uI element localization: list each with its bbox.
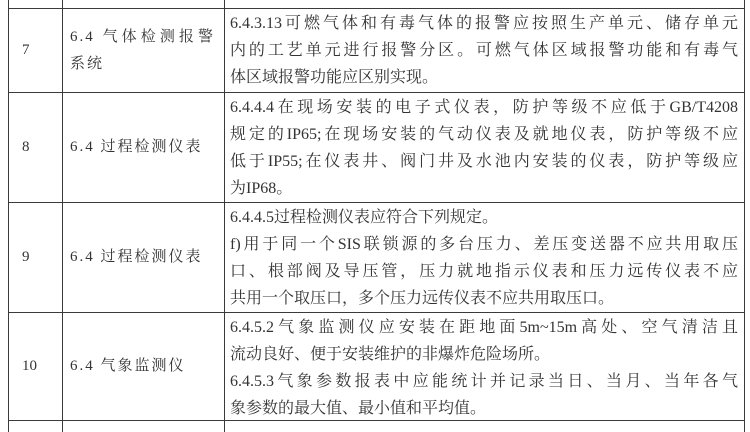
category-cell <box>63 0 225 8</box>
category-cell <box>63 421 225 432</box>
category-cell: 6.4 气体检测报警系统 <box>63 9 225 92</box>
row-number-cell: 7 <box>9 9 63 92</box>
text-line: 体区域报警功能应区别实现。 <box>230 64 738 91</box>
requirements-table: 76.4 气体检测报警系统6.4.3.13可燃气体和有毒气体的报警应按照生产单元… <box>8 0 745 432</box>
row-number-cell: 10 <box>9 313 63 420</box>
category-cell: 6.4 过程检测仪表 <box>63 93 225 202</box>
content-cell <box>225 421 745 432</box>
content-cell <box>225 0 745 8</box>
row-number-cell <box>9 421 63 432</box>
table-row: 96.4 过程检测仪表6.4.4.5过程检测仪表应符合下列规定。f)用于同一个S… <box>9 203 745 313</box>
text-line: f)用于同一个SIS联锁源的多台压力、差压变送器不应共用取压 <box>230 231 738 258</box>
row-number: 9 <box>22 249 30 266</box>
row-number-cell: 9 <box>9 203 63 312</box>
text-line: 低于IP55;在仪表井、阀门井及水池内安装的仪表，防护等级应 <box>230 148 738 175</box>
text-line: 象参数的最大值、最小值和平均值。 <box>230 395 738 420</box>
text-line: 6.4.4.4在现场安装的电子式仪表，防护等级不应低于GB/T4208 <box>230 94 738 121</box>
text-line: 共用一个取压口，多个压力远传仪表不应共用取压口。 <box>230 285 738 312</box>
text-line: 6.4.4.5过程检测仪表应符合下列规定。 <box>230 204 738 231</box>
text-line: 6.4 过程检测仪表 <box>70 134 215 161</box>
row-number: 7 <box>22 42 30 59</box>
text-line: 口、根部阀及导压管，压力就地指示仪表和压力远传仪表不应 <box>230 258 738 285</box>
text-line: 流动良好、便于安装维护的非爆炸危险场所。 <box>230 341 738 368</box>
text-line: 6.4.5.2气象监测仪应安装在距地面5m~15m高处、空气清洁且 <box>230 314 738 341</box>
partial-row-top <box>9 0 745 9</box>
text-line: 6.4.3.13可燃气体和有毒气体的报警应按照生产单元、储存单元 <box>230 10 738 37</box>
text-line: 6.4.5.3气象参数报表中应能统计并记录当日、当月、当年各气 <box>230 368 738 395</box>
table-row: 76.4 气体检测报警系统6.4.3.13可燃气体和有毒气体的报警应按照生产单元… <box>9 9 745 93</box>
content-cell: 6.4.4.4在现场安装的电子式仪表，防护等级不应低于GB/T4208规定的IP… <box>225 93 745 202</box>
content-cell: 6.4.5.2气象监测仪应安装在距地面5m~15m高处、空气清洁且流动良好、便于… <box>225 313 745 420</box>
text-line: 6.4 过程检测仪表 <box>70 244 215 271</box>
text-line: 6.4 气体检测报警 <box>70 24 215 51</box>
row-number-cell: 8 <box>9 93 63 202</box>
content-cell: 6.4.3.13可燃气体和有毒气体的报警应按照生产单元、储存单元内的工艺单元进行… <box>225 9 745 92</box>
row-number-cell <box>9 0 63 8</box>
partial-row-bottom <box>9 421 745 432</box>
text-line: 6.4 气象监测仪 <box>70 353 215 380</box>
row-number: 8 <box>22 139 30 156</box>
text-line: 内的工艺单元进行报警分区。可燃气体区域报警功能和有毒气 <box>230 37 738 64</box>
row-number: 10 <box>22 358 37 375</box>
text-line: 为IP68。 <box>230 175 738 202</box>
table-row: 86.4 过程检测仪表6.4.4.4在现场安装的电子式仪表，防护等级不应低于GB… <box>9 93 745 203</box>
category-cell: 6.4 气象监测仪 <box>63 313 225 420</box>
content-cell: 6.4.4.5过程检测仪表应符合下列规定。f)用于同一个SIS联锁源的多台压力、… <box>225 203 745 312</box>
category-cell: 6.4 过程检测仪表 <box>63 203 225 312</box>
text-line: 系统 <box>70 51 215 78</box>
text-line: 规定的IP65;在现场安装的气动仪表及就地仪表，防护等级不应 <box>230 121 738 148</box>
table-row: 106.4 气象监测仪6.4.5.2气象监测仪应安装在距地面5m~15m高处、空… <box>9 313 745 421</box>
